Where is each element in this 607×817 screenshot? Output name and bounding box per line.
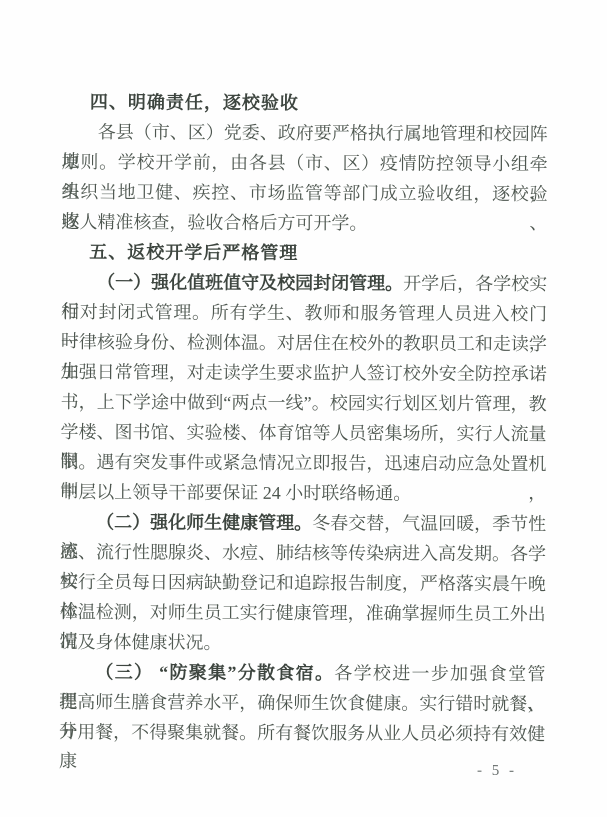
page-number: - 5 - (59, 761, 545, 780)
paragraph-line: （二）强化师生健康管理。冬春交替，气温回暖，季节性流 (60, 508, 546, 540)
paragraph-line: 感、流行性腮腺炎、水痘、肺结核等传染病进入高发期。各学校 (60, 538, 546, 570)
paragraph-lead-bold: （一）强化值班值守及校园封闭管理。 (97, 272, 403, 293)
paragraph-line: 况及身体健康状况。 (60, 628, 546, 660)
section-heading: 四、明确责任，逐校验收 (62, 88, 548, 120)
paragraph-line: 开用餐，不得聚集就餐。所有餐饮服务从业人员必须持有效健康 (59, 718, 545, 750)
section-heading: 五、返校开学后严格管理 (61, 238, 547, 270)
paragraph-line: 书，上下学途中做到“两点一线”。校园实行划区划片管理，教 (61, 388, 547, 420)
paragraph-lead-bold: （三） “防聚集”分散食宿。 (95, 662, 334, 683)
paragraph-line: 体温检测，对师生员工实行健康管理，准确掌握师生员工外出情 (60, 598, 546, 630)
paragraph-line: 组织当地卫健、疾控、市场监管等部门成立验收组，逐校验 收、 (61, 178, 547, 210)
paragraph-line: 加强日常管理，对走读学生要求监护人签订校外安全防控承诺 (61, 358, 547, 390)
paragraph-line: 学楼、图书馆、实验楼、体育馆等人员密集场所，实行人流量限 (60, 418, 546, 450)
paragraph-lead-bold: （二）强化师生健康管理。 (96, 512, 312, 533)
paragraph-line: 原则。学校开学前，由各县（市、区）疫情防控领导小组牵 头， (62, 148, 548, 180)
paragraph-line: （一）强化值班值守及校园封闭管理。开学后，各学校实行 (61, 268, 547, 300)
document-page: 四、明确责任，逐校验收各县（市、区）党委、政府要严格执行属地管理和校园阵地原则。… (0, 0, 607, 817)
document-text-block: 四、明确责任，逐校验收各县（市、区）党委、政府要严格执行属地管理和校园阵地原则。… (59, 88, 548, 750)
paragraph-line: （三） “防聚集”分散食宿。各学校进一步加强食堂管理， (59, 658, 545, 690)
paragraph-line: 制。遇有突发事件或紧急情况立即报告，迅速启动应急处置机制， (60, 448, 546, 480)
document-content: 四、明确责任，逐校验收各县（市、区）党委、政府要严格执行属地管理和校园阵地原则。… (59, 88, 548, 780)
paragraph-line: 相对封闭式管理。所有学生、教师和服务管理人员进入校门时， (61, 298, 547, 330)
paragraph-line: 一律核验身份、检测体温。对居住在校外的教职员工和走读学生 (61, 328, 547, 360)
paragraph-line: 提高师生膳食营养水平，确保师生饮食健康。实行错时就餐、分 (59, 688, 545, 720)
paragraph-line: 实行全员每日因病缺勤登记和追踪报告制度，严格落实晨午晚检 (60, 568, 546, 600)
paragraph-line: 各县（市、区）党委、政府要严格执行属地管理和校园阵地 (62, 118, 548, 150)
